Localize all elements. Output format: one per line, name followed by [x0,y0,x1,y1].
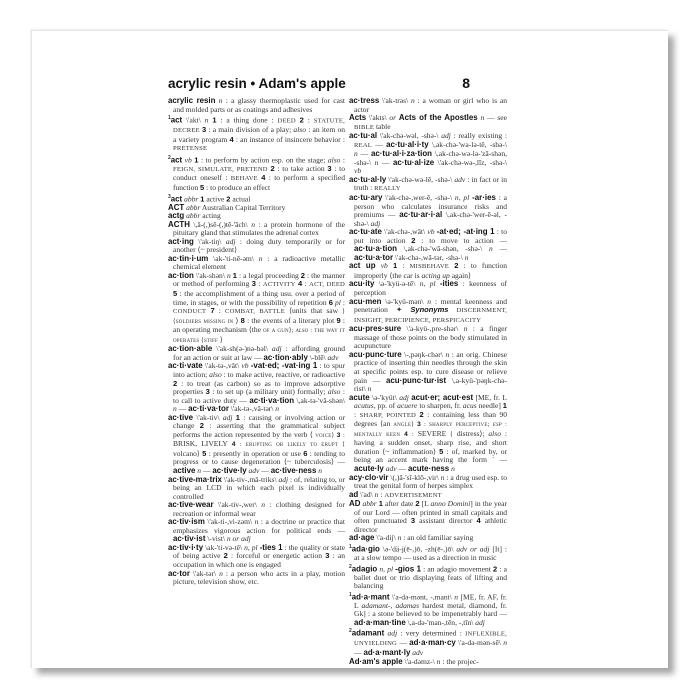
dictionary-entry: Acts \'akts\ or Acts of the Apostles n —… [349,114,507,132]
dictionary-entry: ac·tor \'ak-tər\ n : a person who acts i… [168,570,345,587]
dictionary-entry: acu·pres·sure \'a-kyü-,pre-shər\ n : a f… [349,325,507,351]
dictionary-entry: ac·tin·i·um \ak-'ti-nē-əm\ n : a radioac… [168,255,345,272]
dictionary-entry: 2act vb 1 : to perform by action esp. on… [168,154,345,193]
guide-words: acrylic resin • Adam's apple [168,76,346,91]
left-column: acrylic resin n : a glassy thermoplastic… [168,97,345,666]
dictionary-entry: ac·ti·vate \'ak-tə-,vāt\ vb -vat·ed; -va… [168,362,345,413]
dictionary-entry: act up vb 1 : MISBEHAVE 2 : to function … [349,262,507,280]
page-header: acrylic resin • Adam's apple 8 [168,75,508,93]
dictionary-entry: ac·tive-ma·trix \'ak-tiv-,mā-triks\ adj … [168,476,345,502]
dictionary-entry: 1ad·a·mant \'a-də-mənt, -,mant\ n [ME, f… [349,591,507,628]
dictionary-entry: ac·tu·al·ly \'ak-chə-wə-lē, -shə-\ adv :… [349,176,507,194]
right-column: ac·tress \'ak-trəs\ n : a woman or girl … [349,97,507,666]
dictionary-entry: ac·tion·able \'ak-sh(ə-)nə-bəl\ adj : af… [168,345,345,362]
dictionary-entry: ac·tu·al \'ak-chə-wəl, -shə-\ adj : real… [349,132,507,176]
dictionary-entry: ad·age \'a-dij\ n : an old familiar sayi… [349,534,507,543]
dictionary-entry: ac·tive \'ak-tiv\ adj 1 : causing or inv… [168,414,345,476]
dictionary-entry: Ad·am's apple \'a-dəmz-\ n : the projec- [349,658,507,667]
dictionary-entry: acute \ə-'kyüt\ adj acut·er; acut·est [M… [349,394,507,474]
page-number: 8 [462,75,470,91]
dictionary-entry: ac·tive·wear \'ak-tiv-,wer\ n : clothing… [168,501,345,518]
dictionary-entry: acrylic resin n : a glassy thermoplastic… [168,97,345,114]
dictionary-entry: acy·clo·vir \(,)ā-'sī-klō-,vir\ n : a dr… [349,474,507,491]
dictionary-entry: 2adagio n, pl -gios 1 : an adagio moveme… [349,563,507,591]
dictionary-entry: ac·tiv·ism \'ak-ti-,vi-zəm\ n : a doctri… [168,518,345,544]
dictionary-entry: 1act \'akt\ n 1 : a thing done : DEED 2 … [168,114,345,154]
dictionary-entry: ac·tion \'ak-shən\ n 1 : a legal proceed… [168,272,345,345]
dictionary-entry: ACTH \,ā-(,)sē-(,)tē-'āch\ n : a protein… [168,221,345,238]
dictionary-entry: 1ada·gio \ə-'dä-j(ē-,)ō, -zh(ē-,)ō\ adv … [349,543,507,563]
dictionary-entry: 2adamant adj : very determined : INFLEXI… [349,627,507,657]
dictionary-page: acrylic resin • Adam's apple 8 acrylic r… [31,30,668,668]
dictionary-entry: acu·men \ə-'kyü-mən\ n : mental keenness… [349,298,507,326]
dictionary-entry: acu·punc·ture \-,pəŋk-chər\ n : an orig.… [349,351,507,394]
dictionary-entry: ac·tu·ate \'ak-chə-,wāt\ vb -at·ed; -at·… [349,228,507,262]
dictionary-entry: acu·ity \ə-'kyü-ə-tē\ n, pl -ities : kee… [349,280,507,297]
dictionary-entry: ac·tiv·i·ty \ak-'ti-və-tē\ n, pl -ties 1… [168,544,345,570]
dictionary-entry: ac·tu·ary \'ak-chə-,wer-ē, -shə-\ n, pl … [349,194,507,228]
dictionary-entry: act·ing \'ak-tiŋ\ adj : doing duty tempo… [168,238,345,255]
dictionary-entry: ac·tress \'ak-trəs\ n : a woman or girl … [349,97,507,114]
dictionary-entry: AD abbr 1 after date 2 [L anno Domini] i… [349,500,507,534]
columns: acrylic resin n : a glassy thermoplastic… [168,97,508,666]
page-content: acrylic resin • Adam's apple 8 acrylic r… [168,75,508,666]
